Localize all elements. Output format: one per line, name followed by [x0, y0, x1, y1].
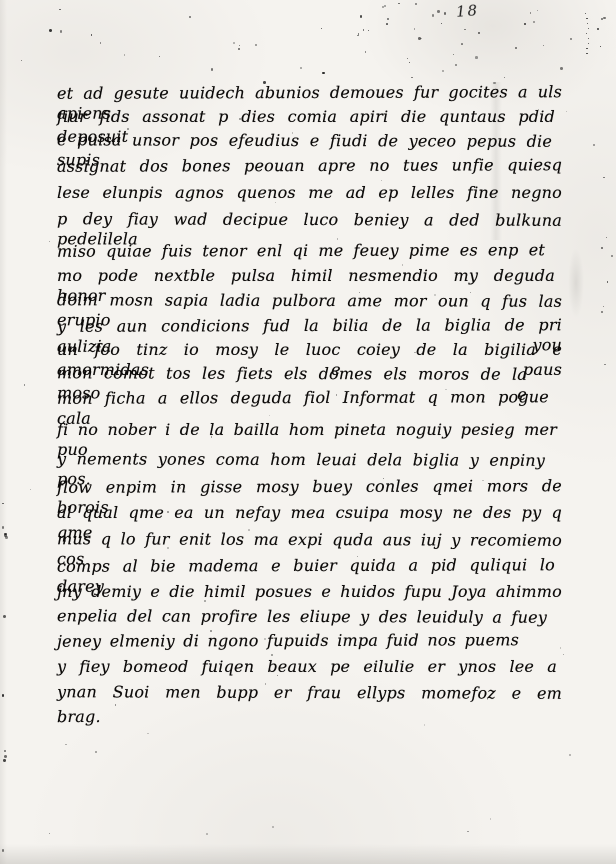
scan-speck — [604, 364, 605, 365]
scan-speck — [593, 144, 595, 146]
scan-speck — [49, 833, 50, 834]
scan-speck — [49, 29, 52, 32]
scan-speck — [601, 18, 603, 20]
manuscript-line: assignat dos bones peouan apre no tues u… — [57, 155, 562, 177]
left-edge-scan-shadow — [0, 0, 7, 864]
scan-speck — [21, 60, 22, 61]
manuscript-line: miso quiae fuis tenor enl qi me feuey pi… — [57, 240, 545, 262]
manuscript-line: enpelia del can profire les eliupe y des… — [57, 606, 547, 628]
scan-speck — [607, 281, 609, 283]
scan-speck — [49, 241, 51, 243]
scan-speck — [585, 13, 586, 14]
scan-speck — [586, 53, 587, 54]
scan-speck — [588, 43, 589, 44]
scan-speck — [603, 17, 605, 19]
scan-speck — [586, 18, 587, 19]
scan-speck — [569, 754, 570, 755]
manuscript-line: ynan Suoi men bupp er frau ellyps momefo… — [57, 682, 562, 704]
scan-speck — [586, 48, 587, 49]
manuscript-text-block: et ad gesute uuidech abunios demoues fur… — [57, 0, 569, 864]
scan-speck — [588, 38, 589, 39]
scan-speck — [603, 177, 605, 179]
manuscript-line: y fiey bomeod fuiqen beaux pe eilulie er… — [57, 657, 557, 677]
scan-speck — [611, 255, 613, 257]
scan-speck — [570, 38, 571, 39]
scan-speck — [588, 28, 589, 29]
scan-speck — [597, 28, 599, 30]
scan-speck — [601, 247, 603, 249]
scan-speck — [601, 311, 603, 313]
manuscript-line: brag. — [57, 707, 101, 727]
bottom-edge-scan-shadow — [0, 844, 616, 864]
manuscript-line: jeney elmeniy di ngono fupuids impa fuid… — [57, 630, 519, 651]
manuscript-line: jny demiy e die himil posues e huidos fu… — [57, 582, 562, 602]
scan-speck — [606, 237, 608, 239]
scan-speck — [587, 23, 588, 24]
scan-speck — [586, 33, 587, 34]
scan-speck — [24, 384, 25, 385]
scan-speck — [600, 46, 601, 47]
scan-speck — [603, 306, 604, 307]
scanned-manuscript-page: 18 et ad gesute uuidech abunios demoues … — [0, 0, 616, 864]
scan-smudge — [568, 248, 584, 318]
manuscript-line: lese elunpis agnos quenos me ad ep lelle… — [57, 183, 562, 203]
scan-speck — [30, 489, 31, 490]
